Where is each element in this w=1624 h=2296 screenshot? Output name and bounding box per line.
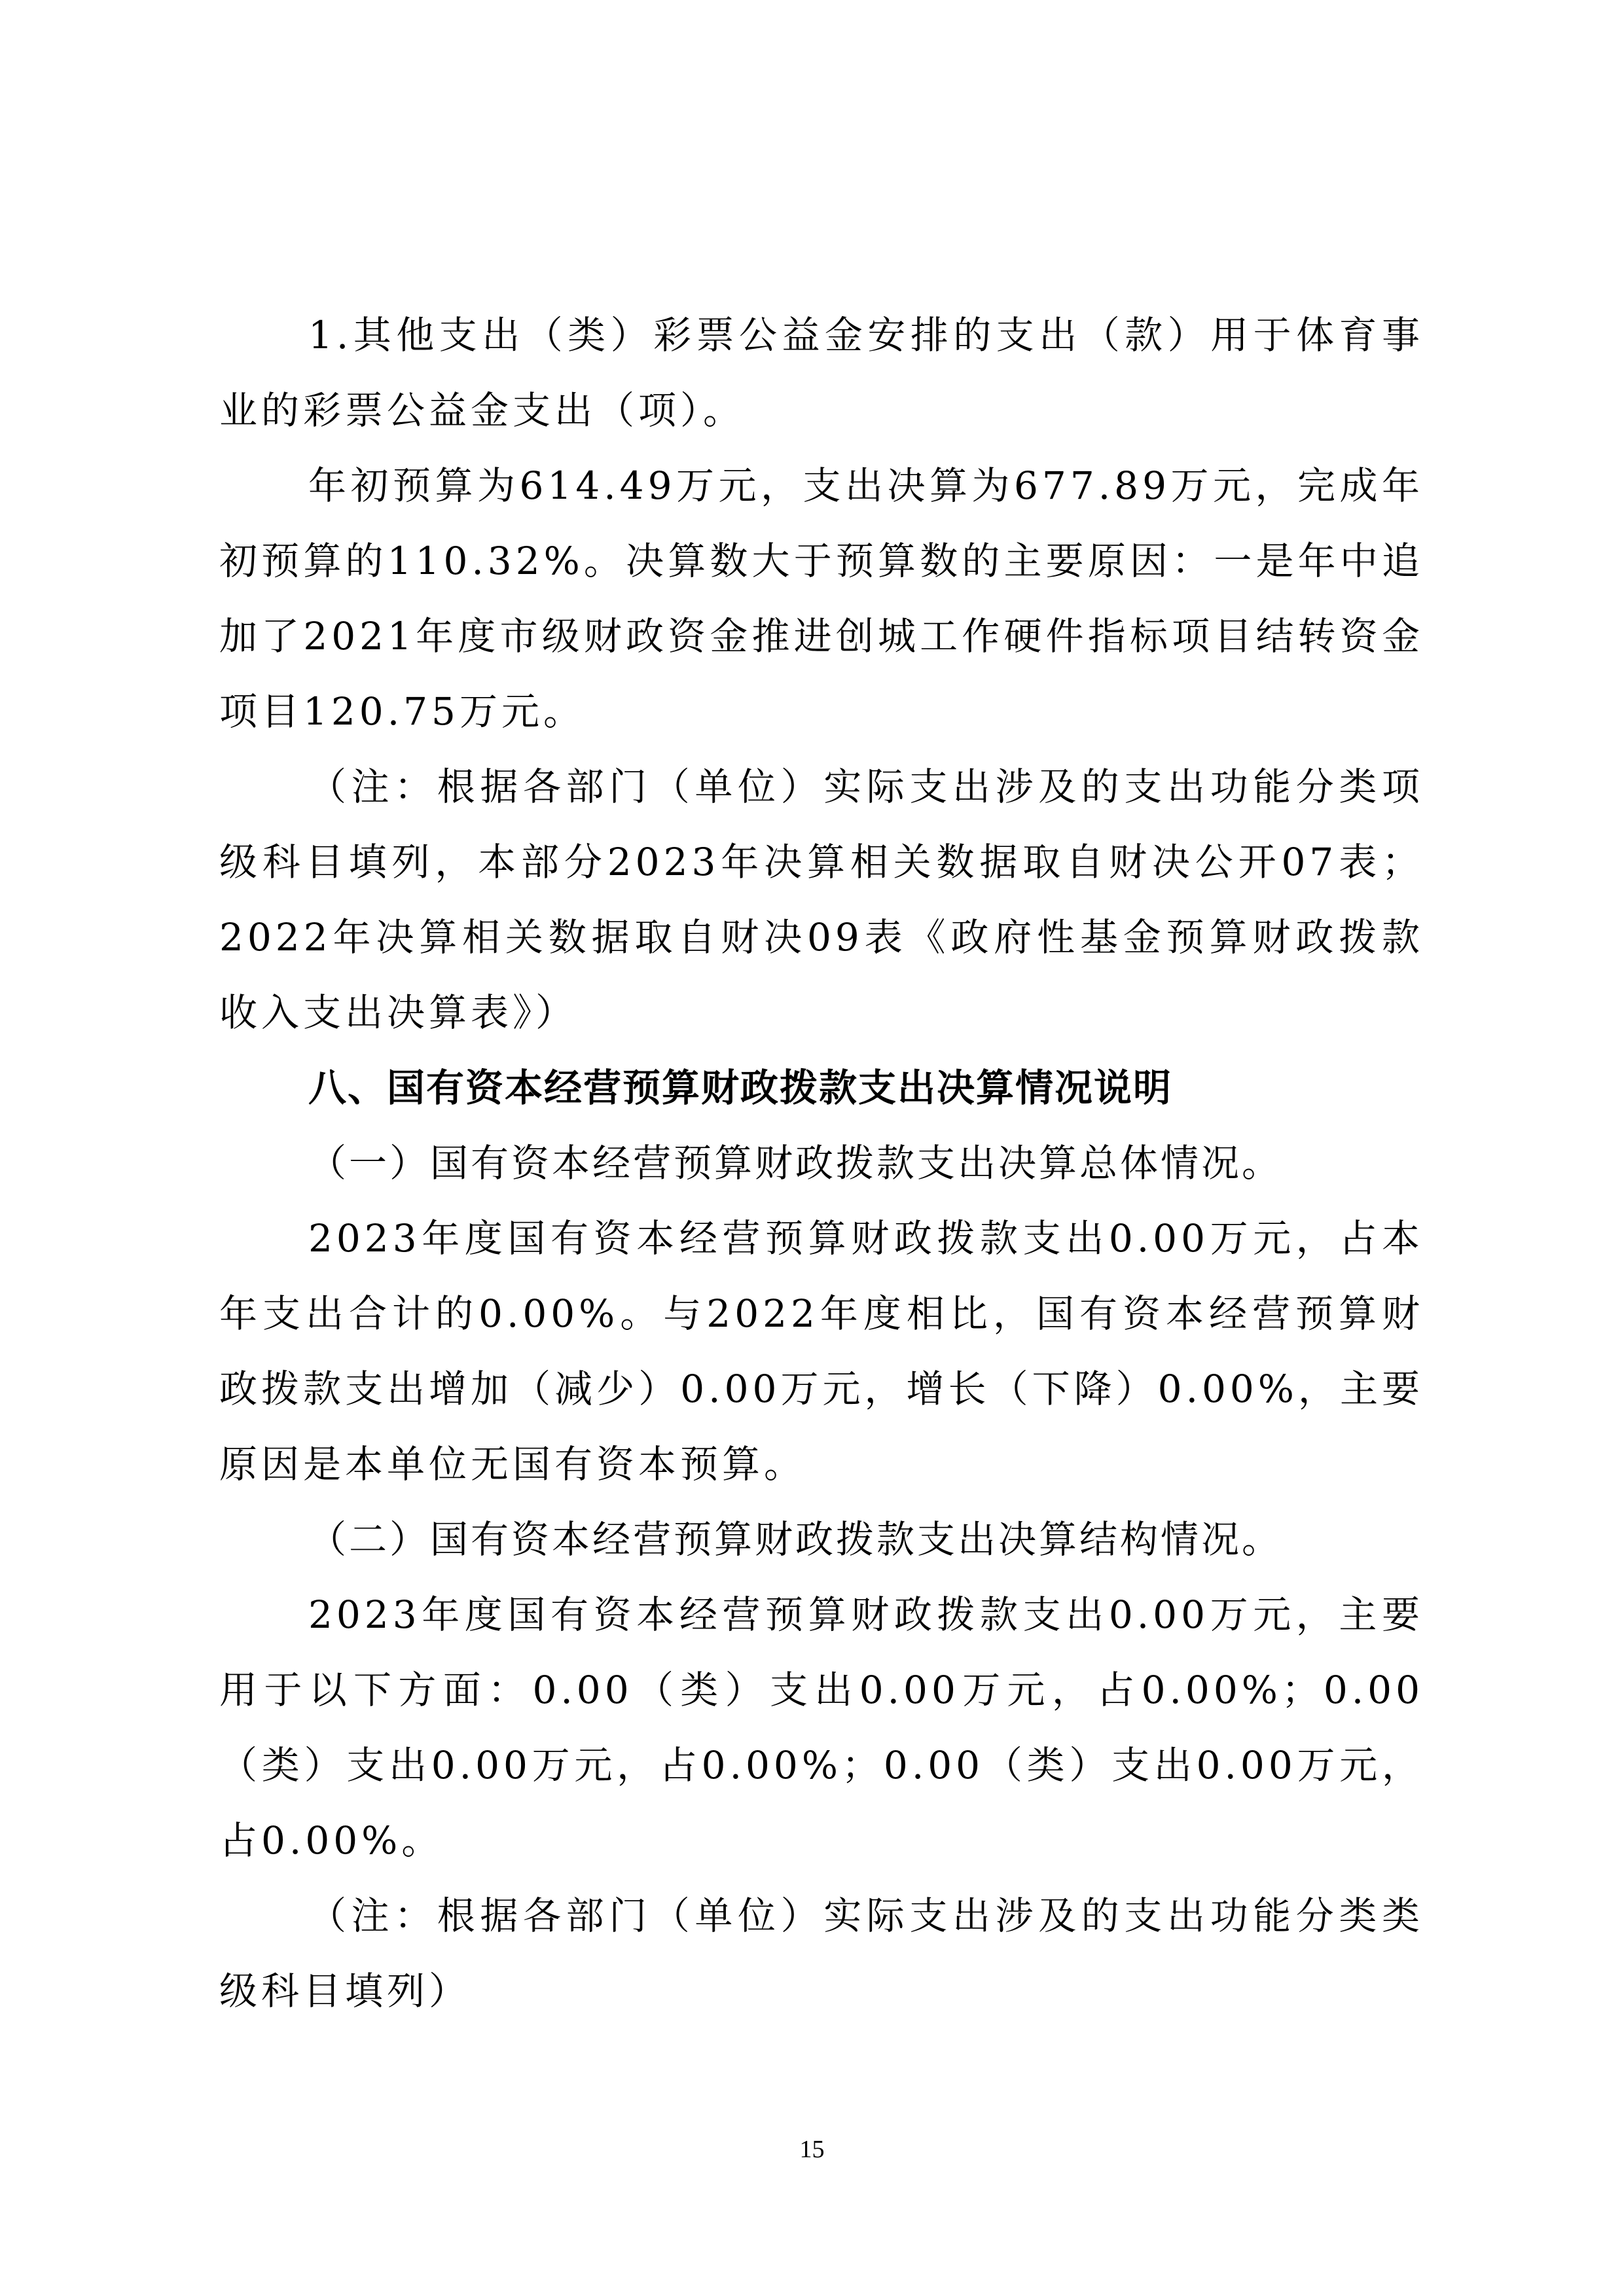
- section-heading-state-capital: 八、国有资本经营预算财政拨款支出决算情况说明: [219, 1050, 1424, 1126]
- body-paragraph-structure: 2023年度国有资本经营预算财政拨款支出0.00万元，主要用于以下方面：0.00…: [219, 1577, 1424, 1878]
- document-body: 1.其他支出（类）彩票公益金安排的支出（款）用于体育事业的彩票公益金支出（项）。…: [219, 298, 1424, 2029]
- note-paragraph-classification: （注：根据各部门（单位）实际支出涉及的支出功能分类类级科目填列）: [219, 1878, 1424, 2029]
- subheading-structure-situation: （二）国有资本经营预算财政拨款支出决算结构情况。: [219, 1502, 1424, 1577]
- body-paragraph-overall: 2023年度国有资本经营预算财政拨款支出0.00万元，占本年支出合计的0.00%…: [219, 1201, 1424, 1502]
- item-title-lottery-expenditure: 1.其他支出（类）彩票公益金安排的支出（款）用于体育事业的彩票公益金支出（项）。: [219, 298, 1424, 448]
- note-paragraph-data-source: （注：根据各部门（单位）实际支出涉及的支出功能分类项级科目填列，本部分2023年…: [219, 749, 1424, 1050]
- subheading-overall-situation: （一）国有资本经营预算财政拨款支出决算总体情况。: [219, 1126, 1424, 1201]
- body-paragraph-budget-completion: 年初预算为614.49万元，支出决算为677.89万元，完成年初预算的110.3…: [219, 448, 1424, 749]
- page-number: 15: [0, 2135, 1624, 2164]
